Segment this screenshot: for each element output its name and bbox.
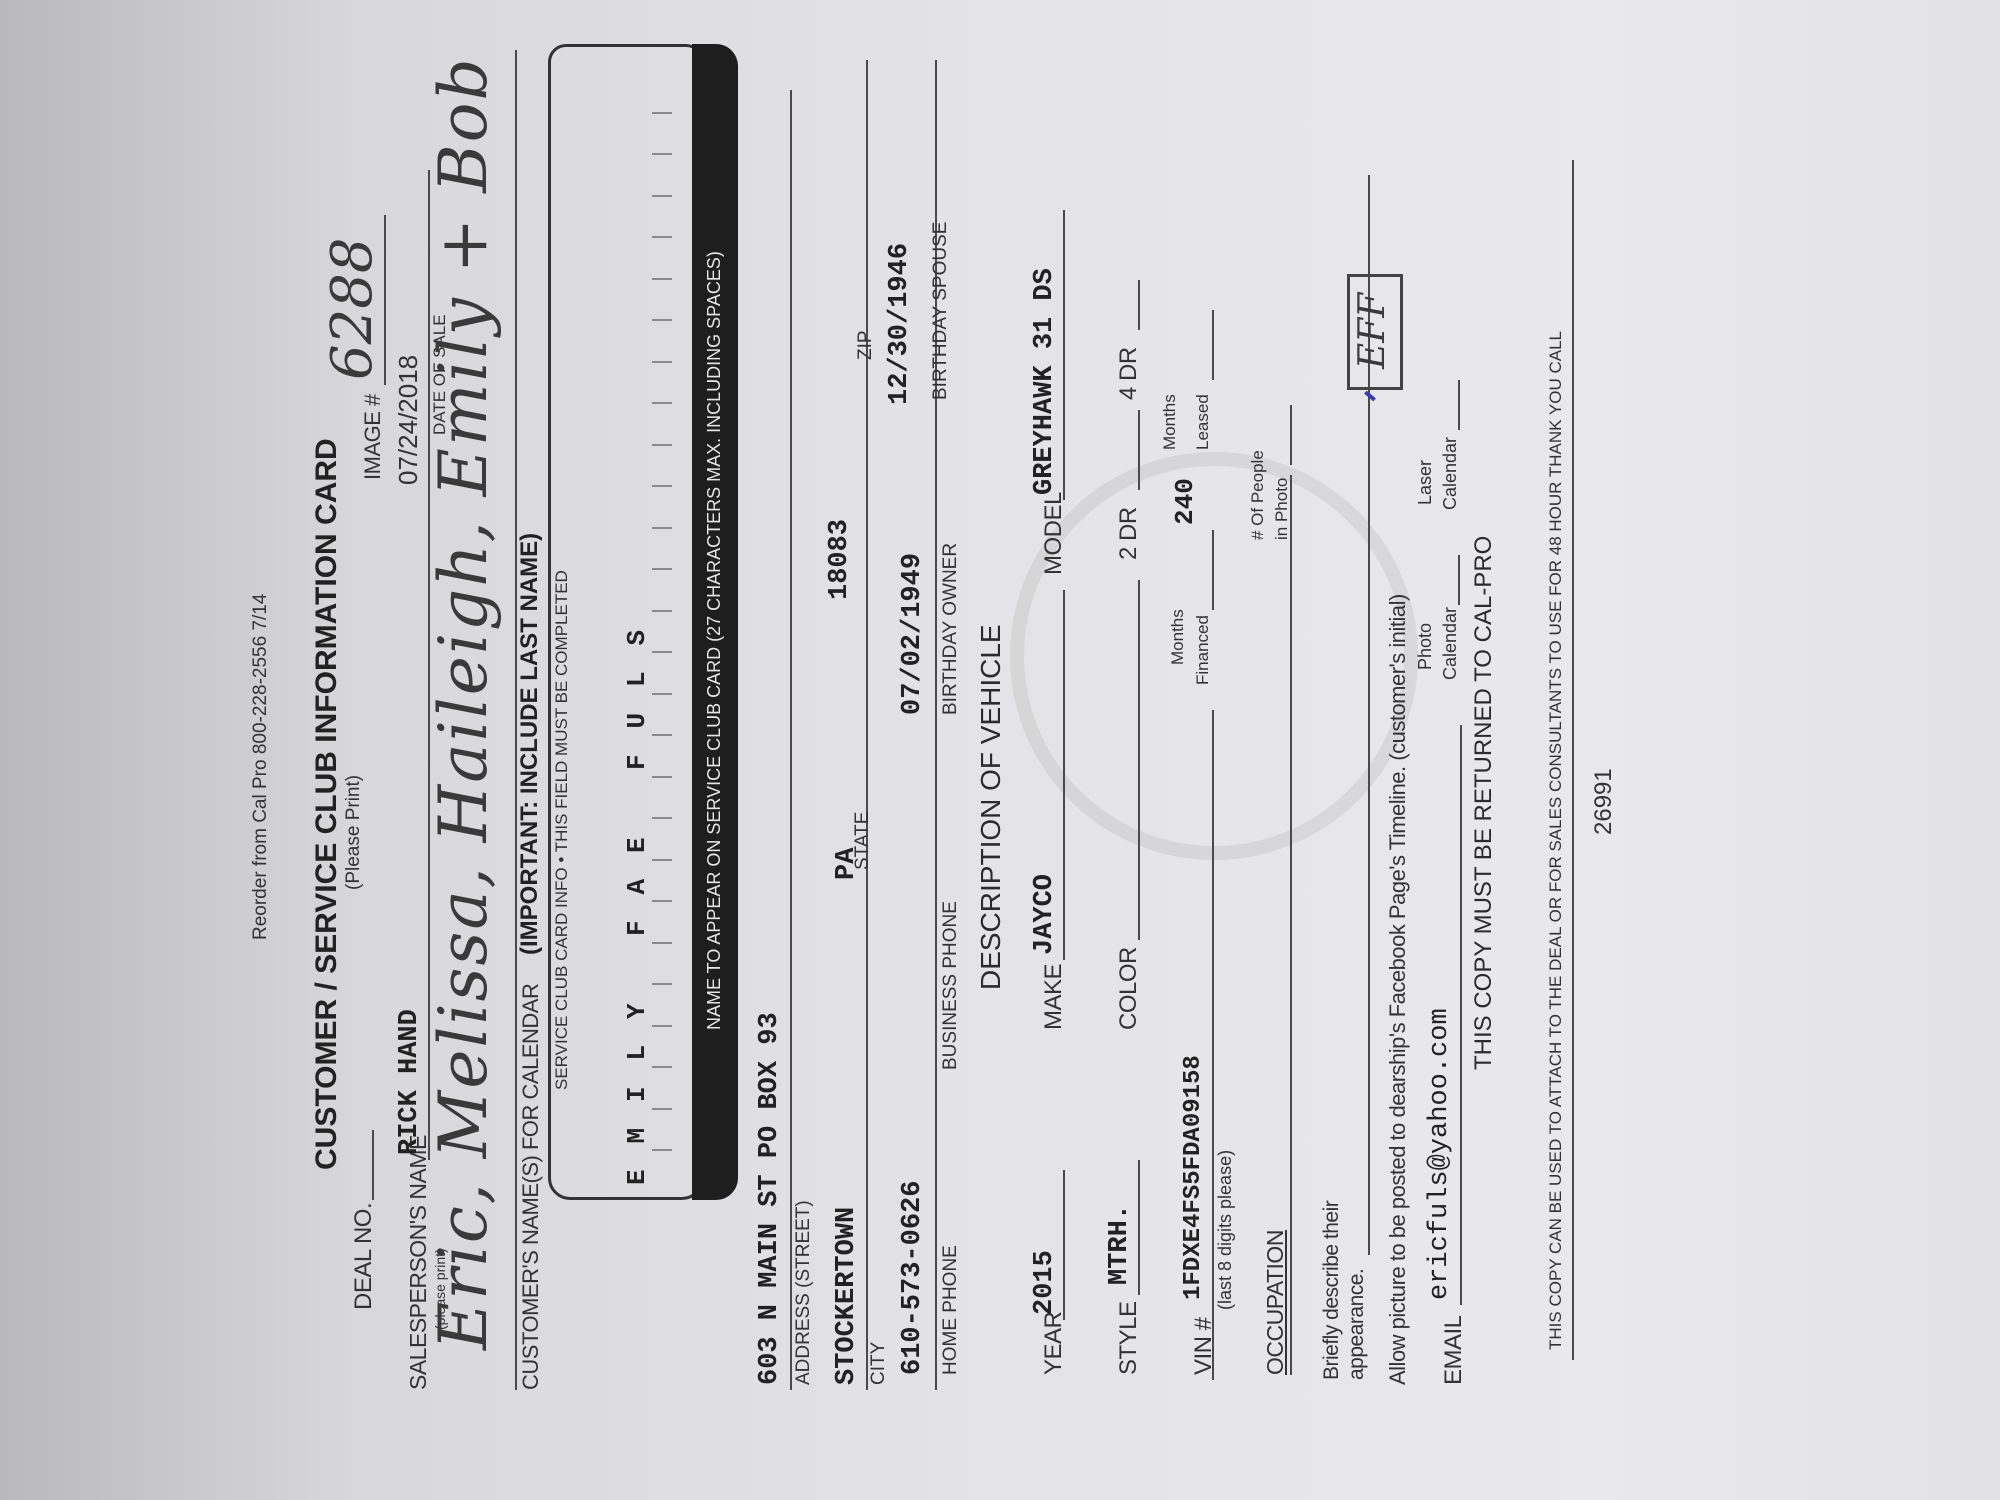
vin-line	[1212, 710, 1214, 1380]
customer-names-value[interactable]: Eric, Melissa, Haileigh, Emily + Bob	[425, 56, 502, 1350]
image-number-value[interactable]: 6288	[320, 237, 385, 380]
card-char-cell: M	[622, 1128, 652, 1144]
home-phone-label: HOME PHONE	[940, 1245, 962, 1375]
appearance-label-2: appearance.	[1345, 1269, 1369, 1380]
laser-calendar-label-bottom: Calendar	[1440, 437, 1461, 510]
card-char-divider	[652, 652, 672, 654]
card-char-cell: L	[622, 1045, 652, 1061]
vin-sublabel: (last 8 digits please)	[1215, 1150, 1236, 1310]
card-char-divider	[652, 569, 672, 571]
card-char-divider	[652, 1150, 672, 1152]
card-char-divider	[652, 1067, 672, 1069]
style-line	[1138, 1160, 1140, 1295]
image-number-label: IMAGE #	[360, 394, 386, 480]
model-value[interactable]: GREYHAWK 31 DS	[1030, 268, 1060, 495]
card-char-divider	[652, 444, 672, 446]
photo-calendar-label-top: Photo	[1415, 623, 1436, 670]
form-title: CUSTOMER / SERVICE CLUB INFORMATION CARD	[310, 438, 344, 1170]
occupation-label: OCCUPATION	[1262, 1230, 1289, 1375]
card-char-divider	[652, 610, 672, 612]
facebook-initial-value: EFF	[1352, 293, 1393, 369]
card-char-divider	[652, 278, 672, 280]
email-line	[1460, 725, 1462, 1305]
card-char-cell: F	[622, 754, 652, 770]
card-char-divider	[652, 859, 672, 861]
card-char-divider	[652, 486, 672, 488]
card-char-divider	[652, 818, 672, 820]
card-char-divider	[652, 776, 672, 778]
home-phone-value[interactable]: 610-573-0626	[898, 1181, 928, 1375]
salesperson-value[interactable]: RICK HAND	[395, 1009, 425, 1155]
laser-calendar-field[interactable]	[1458, 380, 1460, 430]
card-band-text: NAME TO APPEAR ON SERVICE CLUB CARD (27 …	[704, 251, 725, 1030]
facebook-consent-text: Allow picture to be posted to dearship's…	[1385, 594, 1411, 1385]
occupation-field[interactable]	[1290, 475, 1292, 1375]
card-char-divider	[652, 361, 672, 363]
zip-label: ZIP	[855, 330, 877, 360]
laser-calendar-label-top: Laser	[1415, 460, 1436, 505]
months-financed-field[interactable]	[1212, 530, 1214, 610]
card-char-cell: L	[622, 671, 652, 687]
two-door-label: 2 DR	[1115, 507, 1143, 560]
card-char-divider	[652, 112, 672, 114]
blue-check-mark	[1364, 391, 1376, 402]
card-char-cell: I	[622, 1086, 652, 1102]
photo-calendar-label-bottom: Calendar	[1440, 607, 1461, 680]
city-line	[866, 60, 868, 1390]
four-door-field[interactable]	[1138, 280, 1140, 330]
footer-notice: THIS COPY CAN BE USED TO ATTACH TO THE D…	[1546, 331, 1566, 1350]
four-door-label: 4 DR	[1115, 347, 1143, 400]
reorder-note: Reorder from Cal Pro 800-228-2556 7/14	[250, 594, 272, 940]
vin-value[interactable]: 1FDXE4FS5FDA09158	[1180, 1055, 1207, 1300]
style-label: STYLE	[1115, 1301, 1143, 1375]
date-of-sale-value[interactable]: 07/24/2018	[393, 355, 424, 485]
card-char-divider	[652, 195, 672, 197]
people-field[interactable]	[1290, 405, 1292, 465]
year-value[interactable]: 2015	[1030, 1250, 1060, 1315]
card-name-band: NAME TO APPEAR ON SERVICE CLUB CARD (27 …	[692, 44, 738, 1200]
months-leased-label-bottom: Leased	[1193, 394, 1213, 450]
make-value[interactable]: JAYCO	[1030, 874, 1060, 955]
card-char-divider	[652, 901, 672, 903]
months-leased-field[interactable]	[1212, 310, 1214, 380]
address-value[interactable]: 603 N MAIN ST PO BOX 93	[755, 1012, 785, 1385]
card-char-cell: U	[622, 713, 652, 729]
return-notice: THIS COPY MUST BE RETURNED TO CAL-PRO	[1470, 536, 1498, 1070]
card-char-cell: F	[622, 920, 652, 936]
card-char-divider	[652, 984, 672, 986]
card-char-cell: E	[622, 1169, 652, 1185]
appearance-label-1: Briefly describe their	[1320, 1201, 1344, 1380]
card-char-divider	[652, 237, 672, 239]
card-char-divider	[652, 1025, 672, 1027]
card-char-divider	[652, 942, 672, 944]
months-value[interactable]: 240	[1170, 478, 1200, 525]
city-value[interactable]: STOCKERTOWN	[832, 1207, 862, 1385]
vehicle-heading: DESCRIPTION OF VEHICLE	[975, 624, 1007, 990]
form-number: 26991	[1590, 768, 1618, 835]
card-char-divider	[652, 403, 672, 405]
color-field[interactable]	[1138, 580, 1140, 940]
footer-line	[1572, 160, 1574, 1360]
email-label: EMAIL	[1440, 1315, 1468, 1385]
card-info-label: SERVICE CLUB CARD INFO • THIS FIELD MUST…	[552, 570, 572, 1090]
model-line	[1063, 210, 1065, 500]
months-leased-label-top: Months	[1160, 394, 1180, 450]
two-door-field[interactable]	[1138, 410, 1140, 490]
birthday-spouse-value[interactable]: 12/30/1946	[885, 243, 915, 405]
card-char-divider	[652, 527, 672, 529]
customer-names-important: (IMPORTANT: INCLUDE LAST NAME)	[516, 533, 544, 955]
card-char-cell: Y	[622, 1003, 652, 1019]
service-club-card-form: Reorder from Cal Pro 800-228-2556 7/14 C…	[0, 0, 2000, 1500]
address-label: ADDRESS (STREET)	[793, 1200, 815, 1385]
image-number-line	[384, 215, 386, 385]
style-value[interactable]: MTRH.	[1105, 1204, 1135, 1285]
months-financed-label-top: Months	[1168, 609, 1188, 665]
color-label: COLOR	[1115, 947, 1143, 1030]
zip-value[interactable]: 18083	[825, 519, 855, 600]
card-char-divider	[652, 1108, 672, 1110]
make-label: MAKE	[1040, 964, 1068, 1030]
card-char-divider	[652, 320, 672, 322]
photo-calendar-field[interactable]	[1458, 555, 1460, 605]
card-char-cell: E	[622, 837, 652, 853]
business-phone-label: BUSINESS PHONE	[940, 901, 962, 1070]
customer-names-label: CUSTOMER'S NAME(S) FOR CALENDAR	[518, 984, 544, 1390]
card-char-cell: A	[622, 879, 652, 895]
form-title-subtitle: (Please Print)	[343, 775, 365, 890]
year-label: YEAR	[1040, 1312, 1068, 1375]
months-financed-label-bottom: Financed	[1193, 615, 1213, 685]
watermark-logo	[1010, 452, 1418, 860]
facebook-initial-box[interactable]: EFF	[1347, 274, 1403, 390]
city-label: CITY	[868, 1342, 890, 1385]
card-char-divider	[652, 154, 672, 156]
card-char-divider	[652, 735, 672, 737]
birthday-owner-value[interactable]: 07/02/1949	[898, 553, 928, 715]
birthday-owner-label: BIRTHDAY OWNER	[940, 543, 962, 715]
people-label-top: # Of People	[1248, 450, 1268, 540]
people-label-bottom: in Photo	[1272, 478, 1292, 540]
email-value[interactable]: ericfuls@yahoo.com	[1425, 1008, 1455, 1300]
address-line	[790, 90, 792, 1390]
deal-no-field[interactable]	[372, 1130, 374, 1200]
state-label: STATE	[852, 812, 874, 870]
year-line	[1063, 1170, 1065, 1320]
birthday-spouse-label: BIRTHDAY SPOUSE	[930, 222, 952, 400]
make-line	[1063, 590, 1065, 960]
deal-no-label: DEAL NO.	[350, 1203, 378, 1310]
model-label: MODEL	[1040, 492, 1068, 575]
card-char-divider	[652, 693, 672, 695]
card-char-cell: S	[622, 630, 652, 646]
